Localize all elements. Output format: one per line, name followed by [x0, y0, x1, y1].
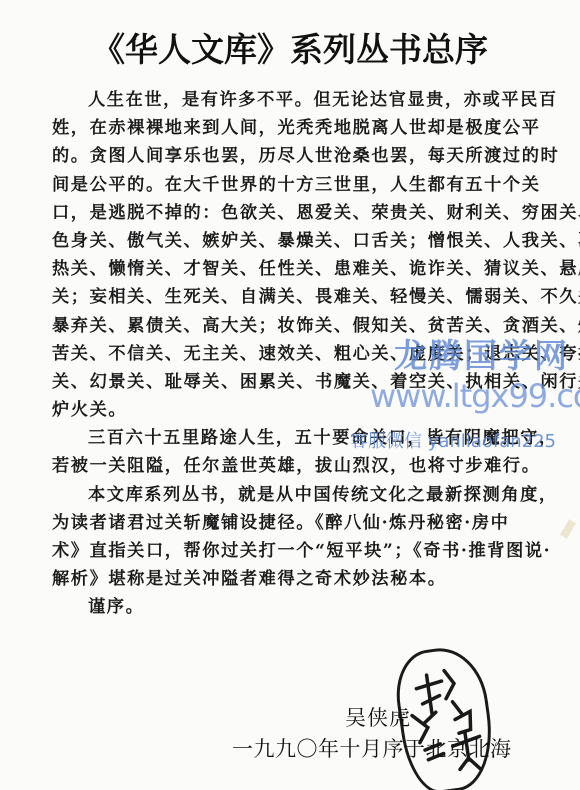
- document-title: 《华人文库》系列丛书总序: [40, 24, 540, 71]
- paper-scuff-mark: [560, 519, 576, 539]
- text-line: 关；妄相关、生死关、自满关、畏难关、轻慢关、懦弱关、不久关、: [52, 283, 542, 311]
- text-line: 口，是逃脱不掉的：色欲关、恩爱关、荣贵关、财利关、穷困关、: [52, 199, 542, 227]
- watermark-url: www.ltgx99.com: [370, 377, 580, 415]
- author-signature: 吴侠虎: [345, 702, 411, 732]
- preface-date: 一九九〇年十月序于北京北海: [232, 733, 512, 763]
- text-line: 的。贪图人间享乐也罢，历尽人世沧桑也罢，每天所渡过的时: [52, 142, 542, 170]
- scanned-document-page: 《华人文库》系列丛书总序 人生在世，是有许多不平。但无论达官显贵，亦或平民百 姓…: [0, 0, 580, 790]
- text-line: 术》直指关口，帮你过关打一个“短平块”；《奇书·推背图说·: [52, 537, 542, 565]
- text-line: 色身关、傲气关、嫉妒关、暴燥关、口舌关；憎恨关、人我关、冷: [52, 227, 542, 255]
- text-line: 热关、懒惰关、才智关、任性关、患难关、诡诈关、猜议关、悬虚: [52, 255, 542, 283]
- text-line: 谨序。: [52, 593, 542, 621]
- watermark-contact: 客服微信 yanliaofan225: [350, 427, 556, 453]
- text-line: 若被一关阻隘，任尔盖世英雄，拔山烈汉，也将寸步难行。: [52, 452, 542, 480]
- watermark-site-name: 龙腾国学网: [394, 330, 569, 377]
- text-line: 为读者诸君过关斩魔铺设捷径。《醉八仙·炼丹秘密·房中: [52, 509, 542, 537]
- text-line: 人生在世，是有许多不平。但无论达官显贵，亦或平民百: [52, 86, 542, 114]
- text-line: 本文库系列丛书，就是从中国传统文化之最新探测角度，: [52, 481, 542, 509]
- text-line: 姓，在赤裸裸地来到人间，光秃秃地脱离人世却是极度公平: [52, 114, 542, 142]
- text-line: 间是公平的。在大千世界的十方三世里，人生都有五十个关: [52, 171, 542, 199]
- text-line: 解析》堪称是过关冲隘者难得之奇术妙法秘本。: [52, 565, 542, 593]
